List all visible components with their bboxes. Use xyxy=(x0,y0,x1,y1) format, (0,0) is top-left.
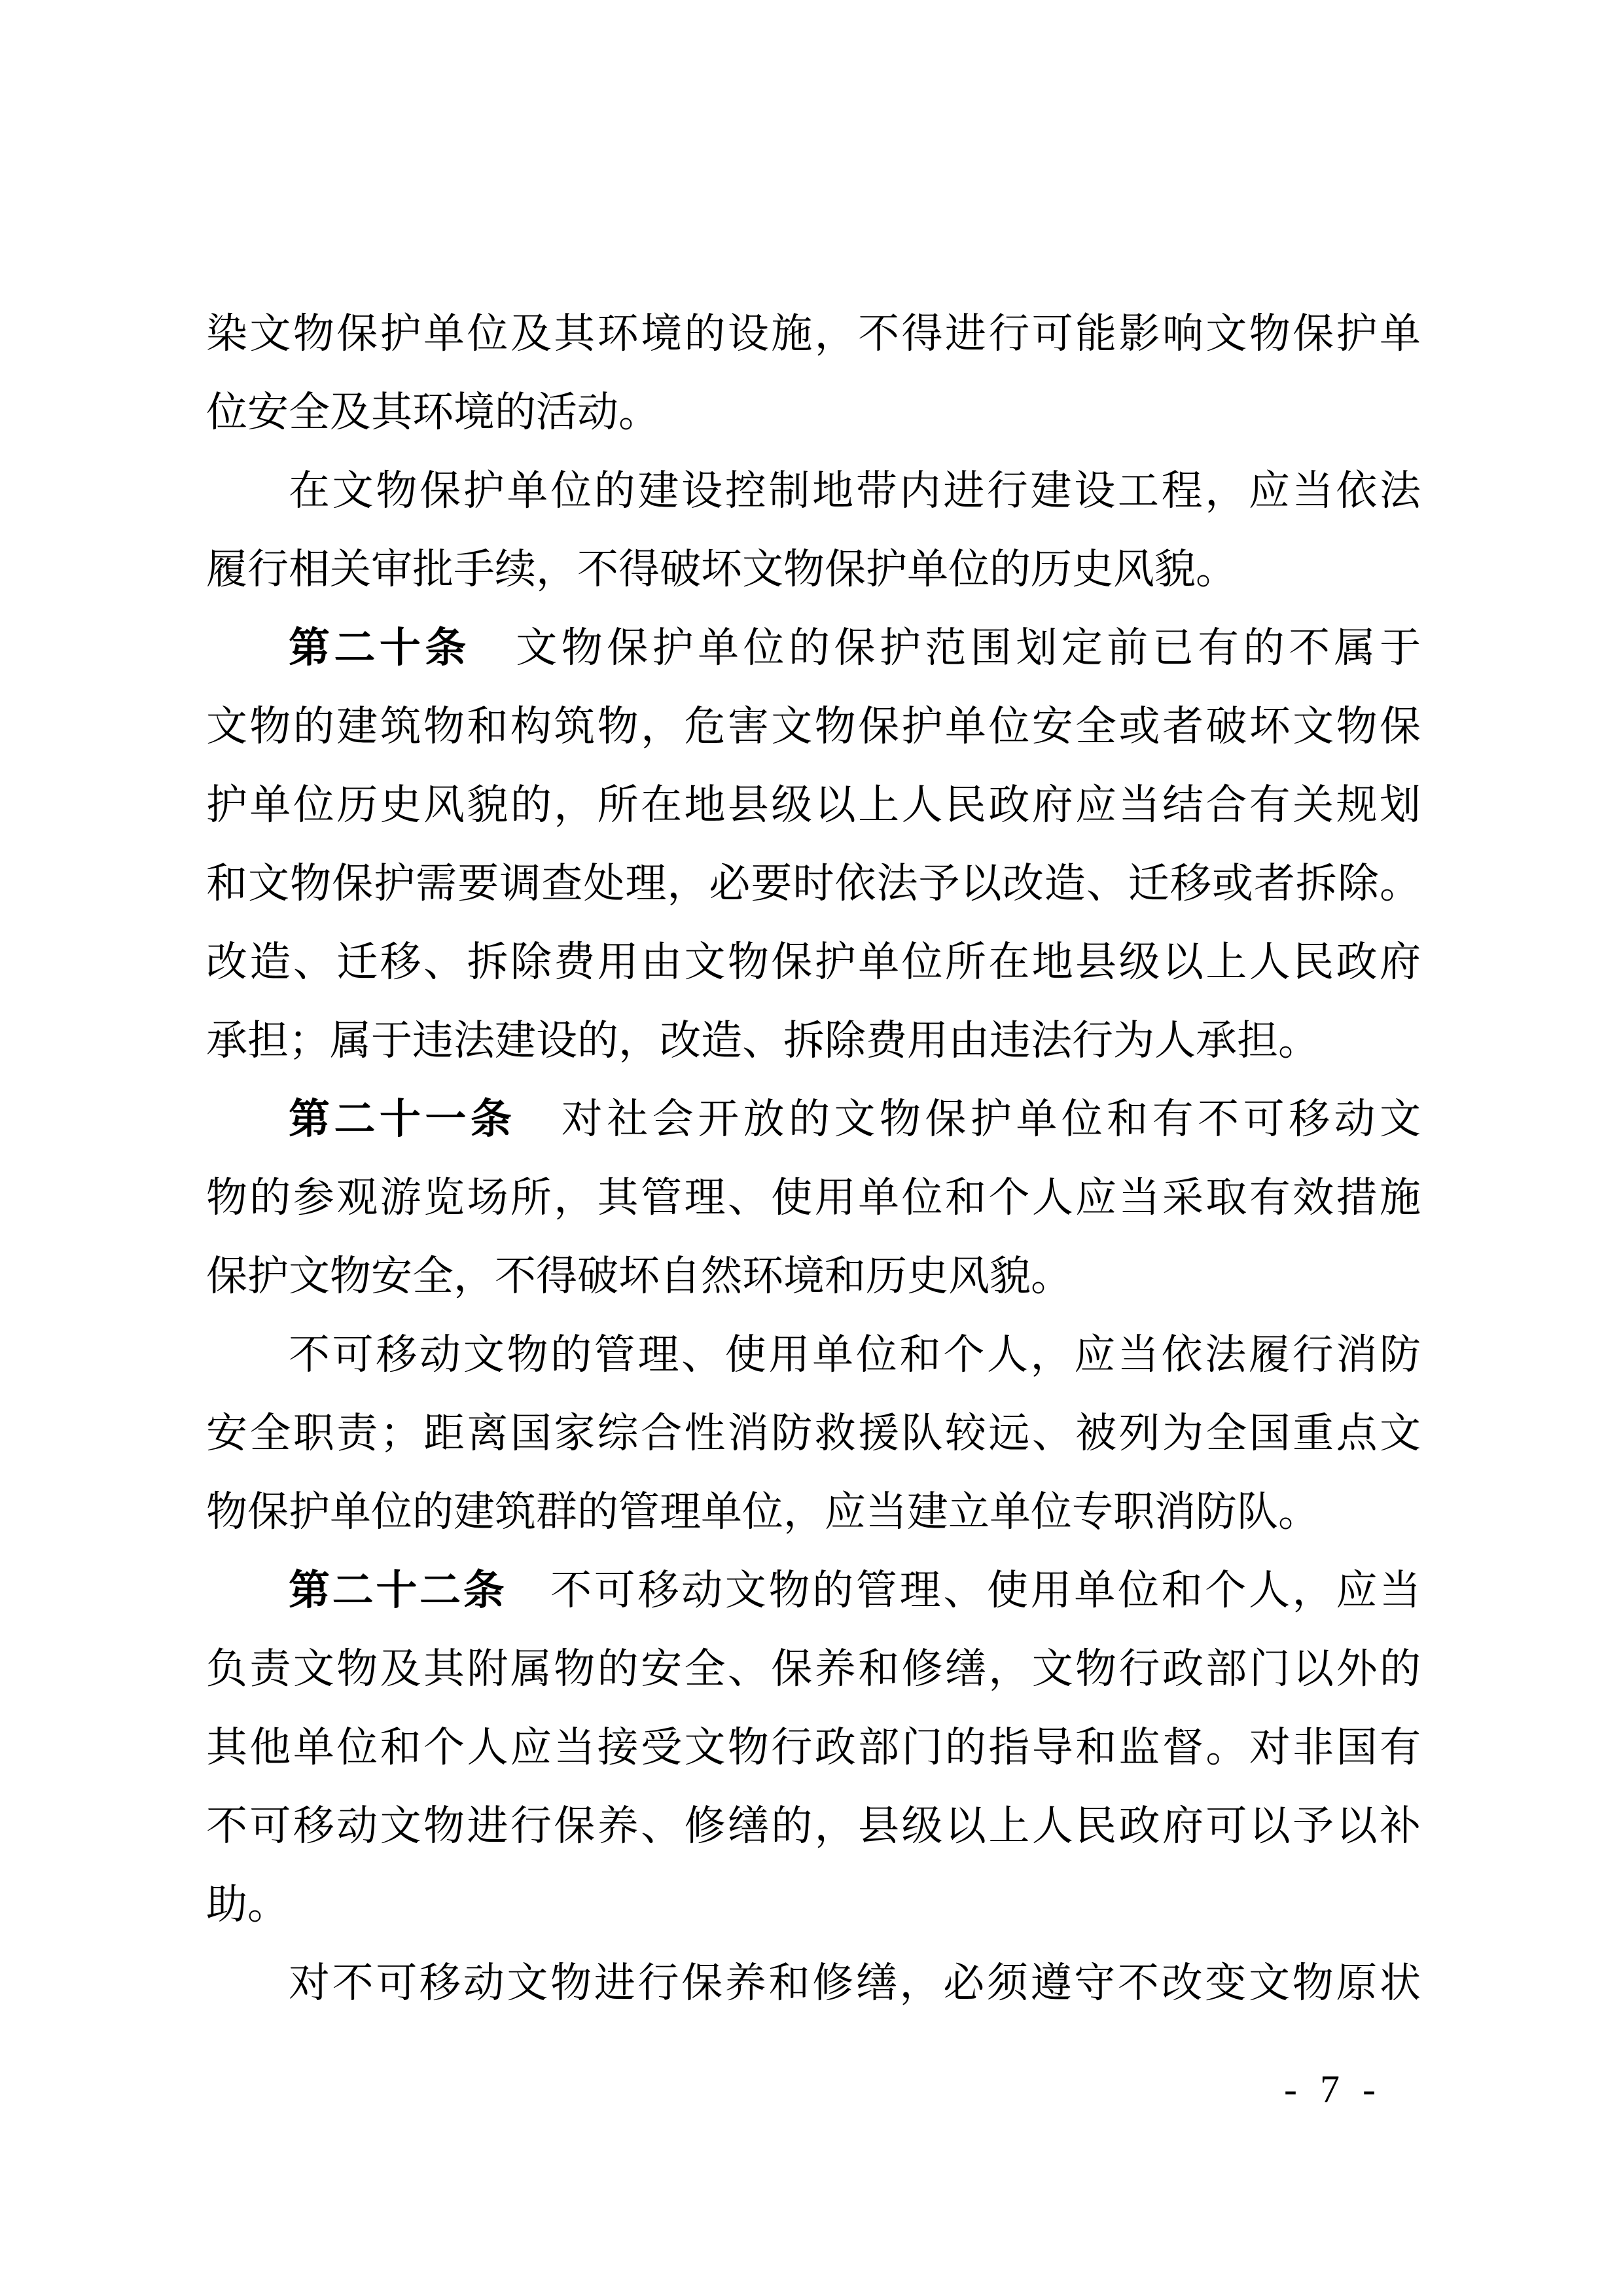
line-text: 保护文物安全，不得破坏自然环境和历史风貌。 xyxy=(206,1253,1072,1299)
text-line: 染文物保护单位及其环境的设施，不得进行可能影响文物保护单 xyxy=(206,295,1421,373)
text-line: 物的参观游览场所，其管理、使用单位和个人应当采取有效措施 xyxy=(206,1158,1421,1237)
line-text: 物保护单位的建筑群的管理单位，应当建立单位专职消防队。 xyxy=(206,1489,1319,1535)
article-heading: 第二十一条 xyxy=(289,1096,516,1142)
line-text: 履行相关审批手续，不得破坏文物保护单位的历史风貌。 xyxy=(206,547,1237,592)
text-line: 承担；属于违法建设的，改造、拆除费用由违法行为人承担。 xyxy=(206,1001,1421,1080)
text-line: 第二十二条不可移动文物的管理、使用单位和个人，应当 xyxy=(206,1551,1421,1630)
line-text: 文物保护单位的保护范围划定前已有的不属于 xyxy=(512,625,1421,671)
line-text: 安全职责；距离国家综合性消防救援队较远、被列为全国重点文 xyxy=(206,1410,1421,1456)
line-text: 不可移动文物的管理、使用单位和个人，应当依法履行消防 xyxy=(289,1332,1421,1378)
document-page: 染文物保护单位及其环境的设施，不得进行可能影响文物保护单位安全及其环境的活动。在… xyxy=(0,0,1623,2296)
text-line: 护单位历史风貌的，所在地县级以上人民政府应当结合有关规划 xyxy=(206,766,1421,844)
text-line: 和文物保护需要调查处理，必要时依法予以改造、迁移或者拆除。 xyxy=(206,844,1421,923)
text-line: 文物的建筑物和构筑物，危害文物保护单位安全或者破坏文物保 xyxy=(206,687,1421,766)
line-text: 护单位历史风貌的，所在地县级以上人民政府应当结合有关规划 xyxy=(206,782,1421,828)
page-footer: - 7 - xyxy=(206,2022,1421,2115)
line-text: 承担；属于违法建设的，改造、拆除费用由违法行为人承担。 xyxy=(206,1018,1319,1064)
text-line: 对不可移动文物进行保养和修缮，必须遵守不改变文物原状 xyxy=(206,1944,1421,2022)
text-line: 第二十一条对社会开放的文物保护单位和有不可移动文 xyxy=(206,1080,1421,1158)
text-line: 保护文物安全，不得破坏自然环境和历史风貌。 xyxy=(206,1237,1421,1316)
text-line: 不可移动文物的管理、使用单位和个人，应当依法履行消防 xyxy=(206,1316,1421,1394)
text-line: 物保护单位的建筑群的管理单位，应当建立单位专职消防队。 xyxy=(206,1473,1421,1551)
article-heading: 第二十二条 xyxy=(289,1568,507,1613)
line-text: 其他单位和个人应当接受文物行政部门的指导和监督。对非国有 xyxy=(206,1725,1421,1770)
line-text: 不可移动文物的管理、使用单位和个人，应当 xyxy=(548,1568,1421,1613)
text-line: 第二十条文物保护单位的保护范围划定前已有的不属于 xyxy=(206,609,1421,687)
text-line: 安全职责；距离国家综合性消防救援队较远、被列为全国重点文 xyxy=(206,1394,1421,1473)
text-line: 助。 xyxy=(206,1865,1421,1944)
line-text: 和文物保护需要调查处理，必要时依法予以改造、迁移或者拆除。 xyxy=(206,861,1421,906)
line-text: 对社会开放的文物保护单位和有不可移动文 xyxy=(557,1096,1421,1142)
line-text: 物的参观游览场所，其管理、使用单位和个人应当采取有效措施 xyxy=(206,1175,1421,1221)
article-heading: 第二十条 xyxy=(289,625,471,671)
text-line: 不可移动文物进行保养、修缮的，县级以上人民政府可以予以补 xyxy=(206,1787,1421,1865)
text-line: 履行相关审批手续，不得破坏文物保护单位的历史风貌。 xyxy=(206,530,1421,609)
text-line: 改造、迁移、拆除费用由文物保护单位所在地县级以上人民政府 xyxy=(206,923,1421,1001)
line-text: 染文物保护单位及其环境的设施，不得进行可能影响文物保护单 xyxy=(206,311,1421,357)
line-text: 位安全及其环境的活动。 xyxy=(206,389,660,435)
line-text: 负责文物及其附属物的安全、保养和修缮，文物行政部门以外的 xyxy=(206,1646,1421,1692)
text-line: 负责文物及其附属物的安全、保养和修缮，文物行政部门以外的 xyxy=(206,1630,1421,1708)
text-line: 其他单位和个人应当接受文物行政部门的指导和监督。对非国有 xyxy=(206,1708,1421,1787)
line-text: 文物的建筑物和构筑物，危害文物保护单位安全或者破坏文物保 xyxy=(206,704,1421,749)
line-text: 对不可移动文物进行保养和修缮，必须遵守不改变文物原状 xyxy=(289,1960,1421,2006)
text-line: 位安全及其环境的活动。 xyxy=(206,373,1421,452)
line-text: 助。 xyxy=(206,1882,289,1928)
line-text: 不可移动文物进行保养、修缮的，县级以上人民政府可以予以补 xyxy=(206,1803,1421,1849)
text-line: 在文物保护单位的建设控制地带内进行建设工程，应当依法 xyxy=(206,452,1421,530)
page-number: - 7 - xyxy=(206,2063,1421,2115)
line-text: 在文物保护单位的建设控制地带内进行建设工程，应当依法 xyxy=(289,468,1421,514)
line-text: 改造、迁移、拆除费用由文物保护单位所在地县级以上人民政府 xyxy=(206,939,1421,985)
document-body: 染文物保护单位及其环境的设施，不得进行可能影响文物保护单位安全及其环境的活动。在… xyxy=(206,295,1421,2022)
